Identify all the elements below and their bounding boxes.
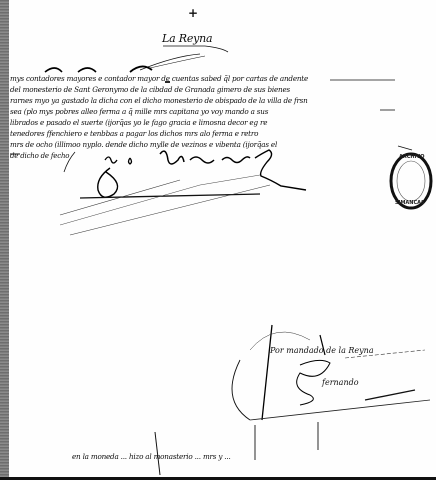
queen-signature bbox=[60, 150, 306, 235]
stamp-text-bottom: SIMANCAS bbox=[395, 200, 425, 206]
handwriting-strokes bbox=[0, 0, 436, 480]
stamp-text-top: ARCHIVO bbox=[399, 154, 424, 160]
countersign-line-1: Por mandado de la Reyna bbox=[270, 346, 374, 355]
archive-stamp: ARCHIVO SIMANCAS bbox=[385, 150, 433, 212]
manuscript-page: + La Reyna mys contadores mayores e cont… bbox=[0, 0, 436, 480]
footer-note: en la moneda ... hizo al monasterio ... … bbox=[72, 452, 231, 461]
countersign-line-2: fernando bbox=[322, 378, 359, 387]
